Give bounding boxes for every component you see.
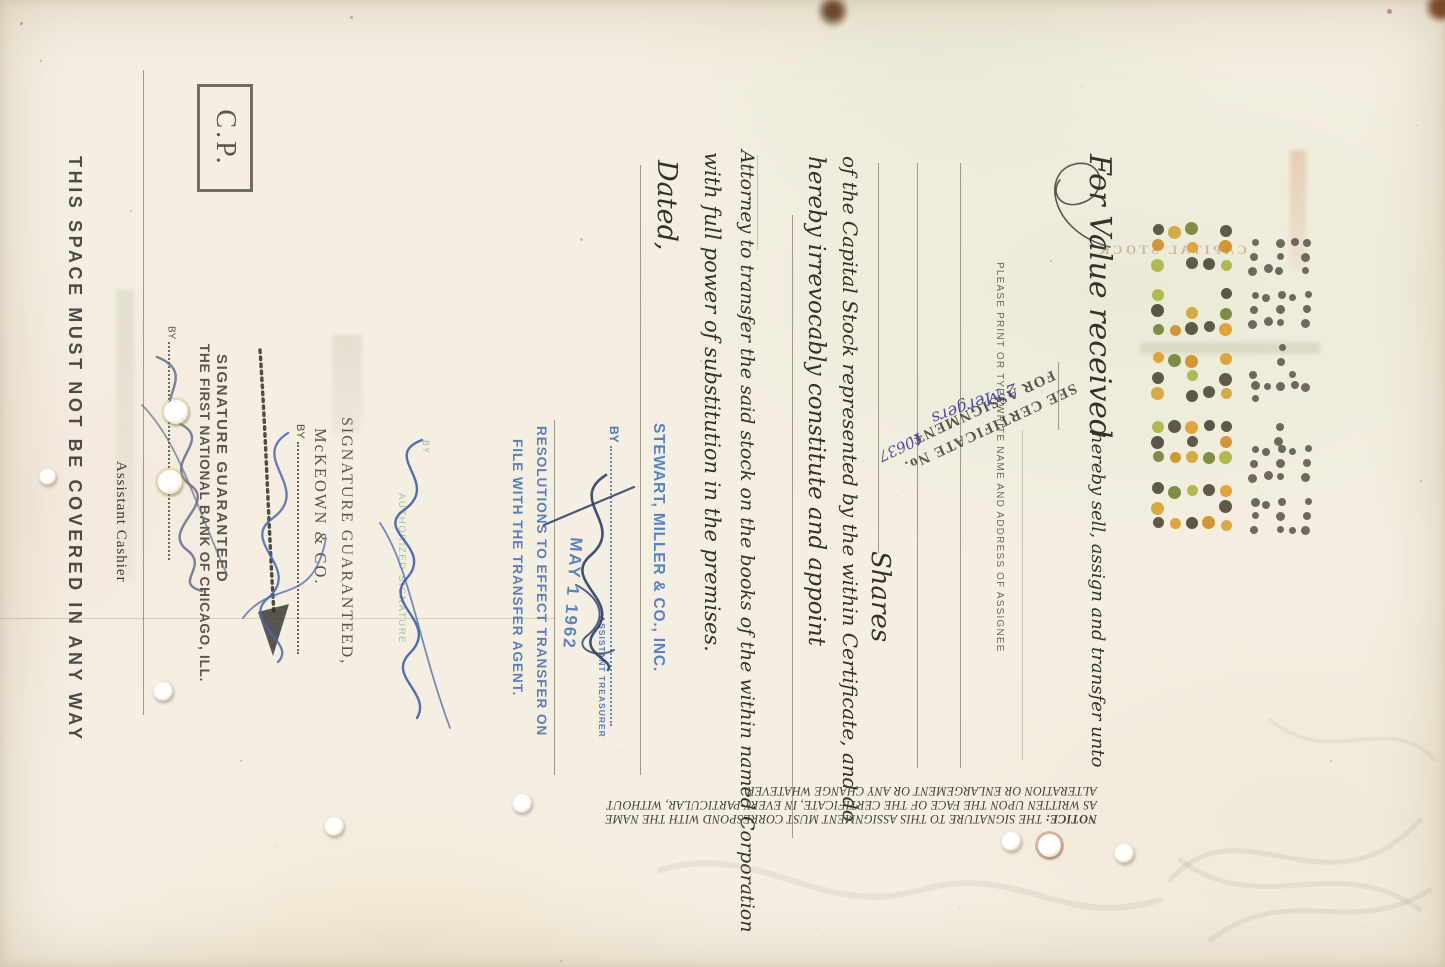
punched-digits-left	[1147, 222, 1232, 547]
punched-digit	[1247, 445, 1312, 492]
appoint-line: hereby irrevocably constitute and appoin…	[804, 156, 827, 646]
punch-hole	[39, 468, 56, 485]
cp-stamp-label: C.P.	[211, 109, 239, 166]
transfer-firm-stamp: STEWART, MILLER & CO., INC.	[651, 423, 667, 672]
notice-line-1: NOTICE: THE SIGNATURE TO THIS ASSIGNMENT…	[545, 812, 1097, 826]
do-not-cover-strip: THIS SPACE MUST NOT BE COVERED IN ANY WA…	[66, 156, 84, 743]
form-rule-address-3	[878, 163, 879, 553]
opening-cont-line: hereby sell, assign and transfer unto	[1088, 432, 1106, 767]
treasurer-signature	[536, 465, 641, 675]
ink-blot-top	[818, 0, 848, 28]
punched-digit	[1247, 291, 1312, 338]
capital-line: of the Capital Stock represented by the …	[840, 156, 860, 822]
punch-hole	[512, 793, 532, 813]
punched-digit	[1247, 238, 1312, 285]
assignee-instruction: PLEASE PRINT OR TYPEWRITE NAME AND ADDRE…	[994, 262, 1004, 653]
certificate-back-page: THIS SPACE MUST NOT BE COVERED IN ANY WA…	[0, 0, 1445, 967]
punched-digit	[1247, 498, 1312, 545]
stewart-rep-signature	[362, 428, 457, 738]
mckeown-guaranteed-line: SIGNATURE GUARANTEED,	[338, 417, 354, 665]
notice-label: NOTICE:	[1045, 812, 1097, 826]
form-rule-opening	[1022, 430, 1023, 760]
ink-blot-corner	[1424, 0, 1445, 22]
punched-digit	[1247, 421, 1312, 439]
punched-digits-right	[1247, 238, 1312, 551]
punch-hole	[158, 470, 182, 494]
form-rule-address-1	[960, 163, 961, 768]
paper-speckles	[20, 22, 23, 25]
punched-digit	[1147, 417, 1232, 476]
resolutions-line-2: FILE WITH THE TRANSFER AGENT.	[511, 439, 525, 696]
mckeown-rep-signature	[228, 418, 333, 668]
fnb-by-label: BY	[166, 326, 177, 339]
punched-digit	[1147, 482, 1232, 541]
fnb-officer-signature	[132, 345, 242, 595]
punched-digit	[1147, 352, 1232, 411]
punched-digit	[1147, 222, 1232, 281]
punched-digit	[1247, 344, 1312, 362]
punch-hole	[153, 681, 173, 701]
ghost-swirls-right	[1150, 680, 1440, 960]
notice-block: NOTICE: THE SIGNATURE TO THIS ASSIGNMENT…	[545, 784, 1097, 826]
punched-digit	[1247, 368, 1312, 415]
cp-stamp: C.P.	[197, 84, 253, 192]
notice-line-3: ALTERATION OR ENLARGEMENT OR ANY CHANGE …	[545, 784, 1097, 798]
power-line: with full power of substitution in the p…	[701, 152, 722, 652]
punch-hole	[164, 400, 188, 424]
treasurer-by-label: BY	[607, 426, 621, 443]
shares-word: Shares	[867, 551, 893, 642]
punch-hole	[324, 816, 344, 836]
fnb-title-line: Assistant Cashier	[113, 461, 128, 583]
punched-digit	[1147, 287, 1232, 346]
paper-speckles-2	[40, 60, 42, 62]
dated-label: Dated,	[653, 160, 680, 250]
notice-line-2: AS WRITTEN UPON THE FACE OF THE CERTIFIC…	[545, 798, 1097, 812]
form-rule-appoint-blank	[792, 215, 793, 838]
